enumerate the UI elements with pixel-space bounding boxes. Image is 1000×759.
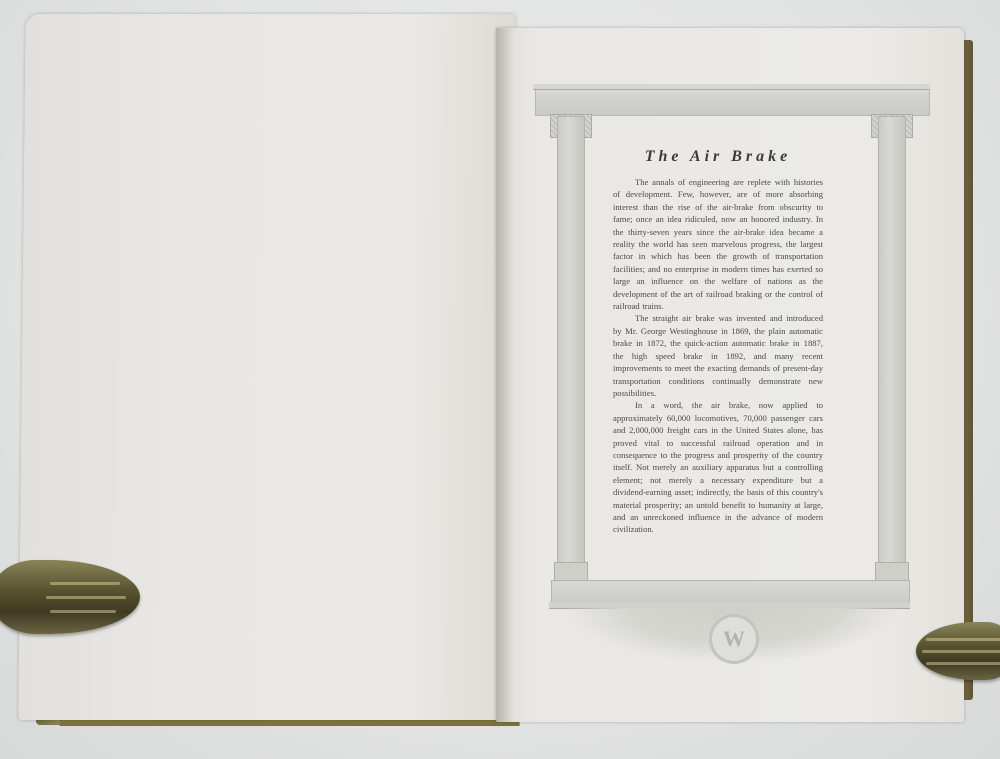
article-text-block: The Air Brake The annals of engineering … <box>613 148 823 536</box>
clip-ridge <box>50 610 116 613</box>
right-column <box>878 116 906 588</box>
article-paragraph-2: The straight air brake was invented and … <box>613 312 823 399</box>
article-paragraph-3: In a word, the air brake, now applied to… <box>613 399 823 535</box>
clip-ridge <box>926 638 1000 641</box>
book-gutter-shadow <box>496 28 514 722</box>
clip-ridge <box>46 596 126 599</box>
clip-ridge <box>922 650 1000 653</box>
clip-ridge <box>50 582 120 585</box>
westinghouse-monogram-icon: W <box>709 614 759 664</box>
article-paragraph-1: The annals of engineering are replete wi… <box>613 176 823 312</box>
frame-cornice <box>533 84 930 90</box>
left-column <box>557 116 585 588</box>
clip-ridge <box>926 662 1000 665</box>
article-title: The Air Brake <box>613 148 823 166</box>
